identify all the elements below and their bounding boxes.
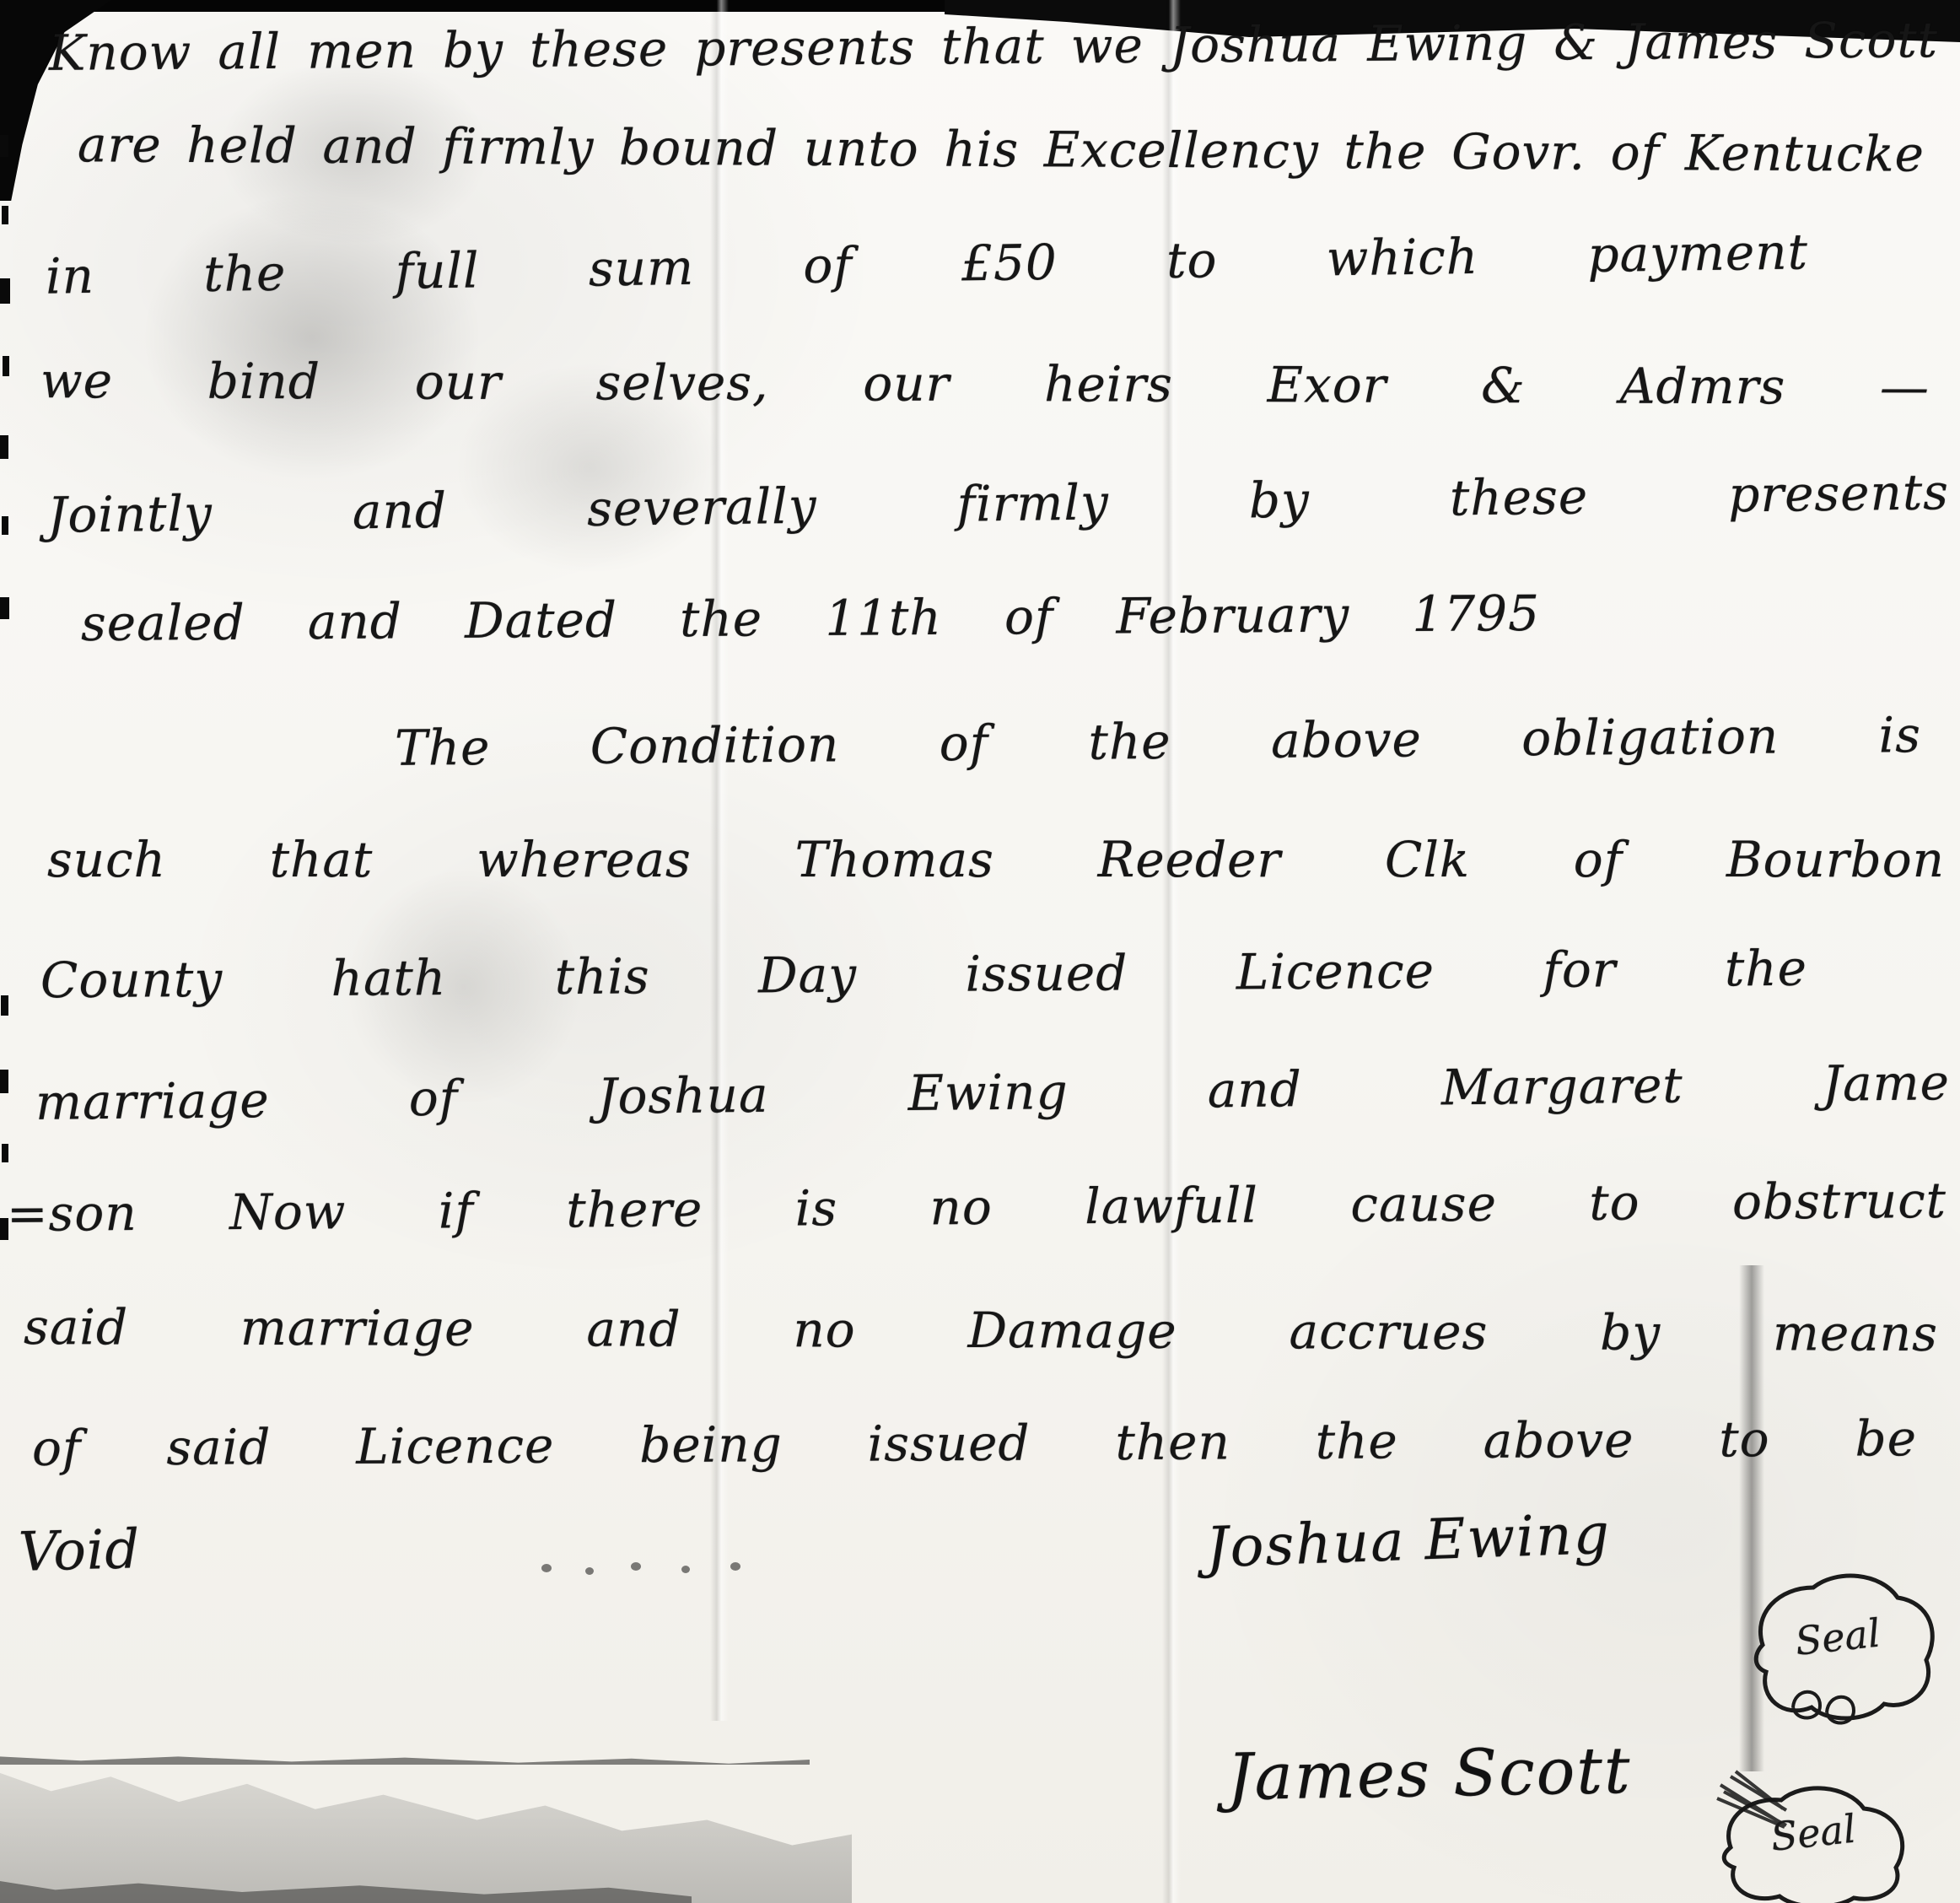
- ink-dot: [681, 1566, 690, 1573]
- scan-speck: [0, 597, 9, 619]
- seal-label: Seal: [1769, 1806, 1858, 1860]
- seal-joshua-ewing: Seal: [1727, 1554, 1948, 1728]
- handwritten-line-10: marriage of Joshua Ewing and Margaret Ja…: [35, 1056, 1951, 1130]
- ink-dot: [631, 1562, 641, 1571]
- scanned-document-page: Know all men by these presents that we J…: [0, 0, 1960, 1903]
- scan-speck: [0, 435, 8, 459]
- handwritten-line-6: sealed and Dated the 11th of February 17…: [81, 587, 1540, 651]
- seal-james-scott: Seal: [1687, 1770, 1940, 1903]
- torn-paper-fold: [0, 1722, 852, 1903]
- scan-speck: [0, 1070, 8, 1093]
- scan-speck: [0, 135, 8, 157]
- scan-speck: [3, 356, 9, 376]
- torn-paper-crease: [0, 1755, 810, 1765]
- handwritten-line-9: County hath this Day issued Licence for …: [40, 942, 1807, 1008]
- handwritten-line-7: The Condition of the above obligation is: [395, 709, 1921, 776]
- handwritten-line-1: Know all men by these presents that we J…: [49, 13, 1938, 80]
- signature-james-scott: James Scott: [1226, 1733, 1632, 1814]
- scan-speck: [1, 995, 8, 1016]
- handwritten-line-11: =son Now if there is no lawfull cause to…: [7, 1174, 1947, 1242]
- handwritten-line-8: such that whereas Thomas Reeder Clk of B…: [47, 833, 1945, 887]
- scan-speck: [2, 516, 8, 535]
- ink-dot: [585, 1567, 594, 1575]
- ink-dot: [730, 1562, 740, 1571]
- handwritten-line-14: Void: [18, 1520, 141, 1582]
- handwritten-line-13: of said Licence being issued then the ab…: [32, 1412, 1917, 1475]
- handwritten-line-4: we bind our selves, our heirs Exor & Adm…: [40, 354, 1930, 415]
- scan-speck: [0, 278, 10, 304]
- ink-dot: [541, 1564, 552, 1572]
- seal-label: Seal: [1793, 1610, 1882, 1664]
- scan-speck: [2, 1144, 8, 1162]
- scan-speck: [2, 206, 8, 224]
- handwritten-line-2: are held and firmly bound unto his Excel…: [78, 118, 1925, 181]
- handwritten-line-12: said marriage and no Damage accrues by m…: [24, 1301, 1938, 1361]
- signature-joshua-ewing: Joshua Ewing: [1205, 1501, 1612, 1581]
